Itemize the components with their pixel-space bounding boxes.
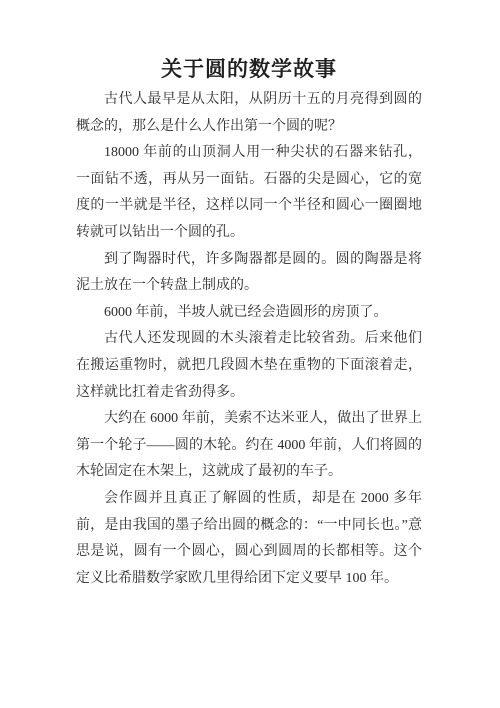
paragraph-intro: 古代人最早是从太阳，从阴历十五的月亮得到圆的概念的，那么是什么人作出第一个圆的呢… <box>76 87 422 140</box>
paragraph-stone-drill: 18000 年前的山顶洞人用一种尖状的石器来钻孔，一面钻不透，再从另一面钻。石器… <box>76 140 422 246</box>
paragraph-mozi-definition: 会作圆并且真正了解圆的性质，却是在 2000 多年前，是由我国的墨子给出圆的概念… <box>76 486 422 592</box>
paragraph-banpo-roof: 6000 年前，半坡人就已经会造圆形的房顶了。 <box>76 300 422 327</box>
paragraph-rolling-logs: 古代人还发现圆的木头滚着走比较省劲。后来他们在搬运重物时，就把几段圆木垫在重物的… <box>76 326 422 406</box>
paragraph-pottery: 到了陶器时代，许多陶器都是圆的。圆的陶器是将泥土放在一个转盘上制成的。 <box>76 247 422 300</box>
document-body: 古代人最早是从太阳，从阴历十五的月亮得到圆的概念的，那么是什么人作出第一个圆的呢… <box>76 87 422 592</box>
paragraph-first-wheel: 大约在 6000 年前，美索不达米亚人，做出了世界上第一个轮子——圆的木轮。约在… <box>76 406 422 486</box>
document-page: 关于圆的数学故事 古代人最早是从太阳，从阴历十五的月亮得到圆的概念的，那么是什么… <box>0 0 500 708</box>
page-title: 关于圆的数学故事 <box>76 51 422 87</box>
